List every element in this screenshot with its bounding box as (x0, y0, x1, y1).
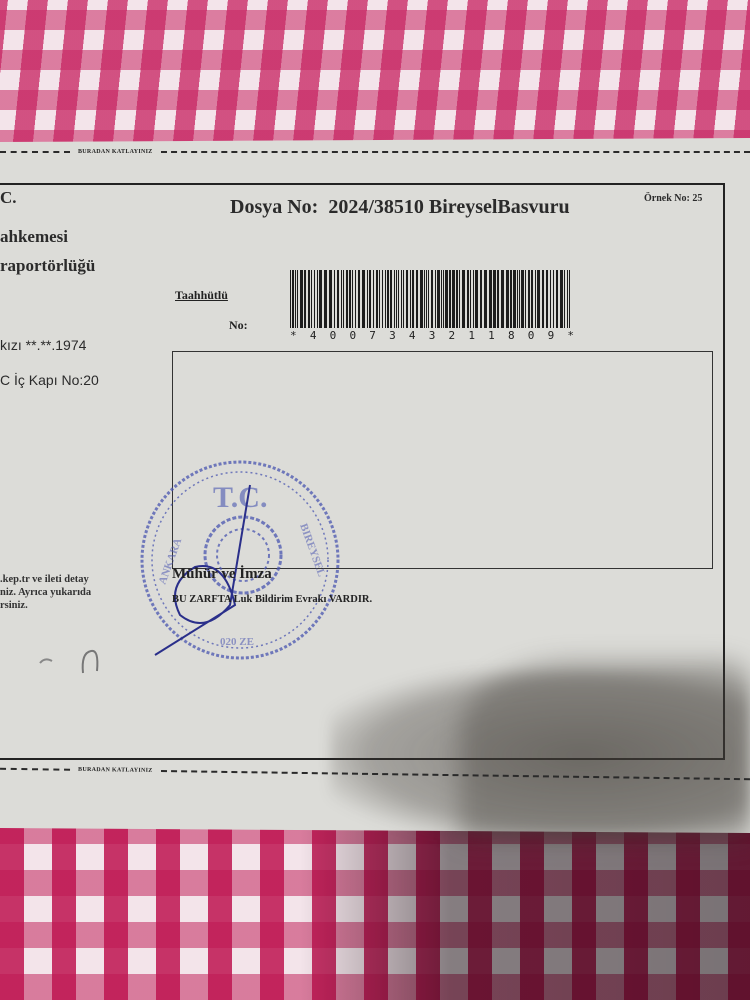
notice-line: rsiniz. (0, 599, 91, 612)
tablecloth-bottom (0, 828, 750, 1000)
sender-line-1: C. (0, 188, 17, 208)
barcode-digit: 7 (369, 329, 376, 342)
file-number-label: Dosya No: (230, 196, 318, 218)
sample-number: Örnek No: 25 (644, 193, 702, 204)
fold-dash (0, 768, 70, 771)
shadow (330, 670, 750, 840)
file-number: Dosya No: 2024/38510 BireyselBasvuru (230, 196, 570, 219)
fold-instruction: BURADAN KATLAYINIZ (70, 767, 161, 774)
barcode-digit: 4 (409, 329, 416, 342)
seal-signature-label: Mühür ve İmza (172, 566, 272, 583)
barcode (288, 270, 572, 328)
official-stamp-icon: T.C. ANKARA BIREYSEL 020 ZE (135, 455, 345, 665)
recipient-line-1: kızı **.**.1974 (0, 337, 86, 353)
barcode-digit: 4 (310, 329, 317, 342)
fold-instruction: BURADAN KATLAYINIZ (70, 149, 161, 155)
barcode-digit: * (567, 329, 574, 342)
barcode-digit: 1 (488, 329, 495, 342)
fold-dash (0, 151, 70, 153)
barcode-digit: 8 (508, 329, 515, 342)
notice-line: .kep.tr ve ileti detay (0, 573, 91, 586)
fold-line-top: BURADAN KATLAYINIZ (0, 146, 750, 158)
barcode-digit: 3 (389, 329, 396, 342)
file-number-value: 2024/38510 BireyselBasvuru (328, 196, 569, 218)
barcode-digit: 3 (429, 329, 436, 342)
barcode-digit: 0 (349, 329, 356, 342)
registered-label: Taahhütlü (175, 288, 228, 303)
tablecloth-top (0, 0, 750, 150)
barcode-digit: * (290, 329, 297, 342)
barcode-digit: 0 (330, 329, 337, 342)
barcode-digit: 1 (468, 329, 475, 342)
barcode-digit: 2 (449, 329, 456, 342)
barcode-digit: 0 (528, 329, 535, 342)
barcode-digit: 9 (548, 329, 555, 342)
sender-line-2: ahkemesi (0, 227, 68, 247)
paper-scratch-marks (35, 645, 115, 675)
sender-line-3: raportörlüğü (0, 256, 95, 276)
notice-line: niz. Ayrıca yukarıda (0, 586, 91, 599)
registered-no-label: No: (229, 318, 248, 333)
enclosure-note: BU ZARFTA Luk Bildirim Evrakı VARDIR. (172, 594, 372, 605)
svg-text:020 ZE: 020 ZE (220, 636, 254, 648)
barcode-number: *4007343211809* (290, 329, 574, 342)
recipient-line-2: C İç Kapı No:20 (0, 372, 99, 388)
notice-text: .kep.tr ve ileti detay niz. Ayrıca yukar… (0, 573, 91, 612)
fold-dash (161, 151, 750, 153)
svg-text:T.C.: T.C. (213, 481, 267, 514)
